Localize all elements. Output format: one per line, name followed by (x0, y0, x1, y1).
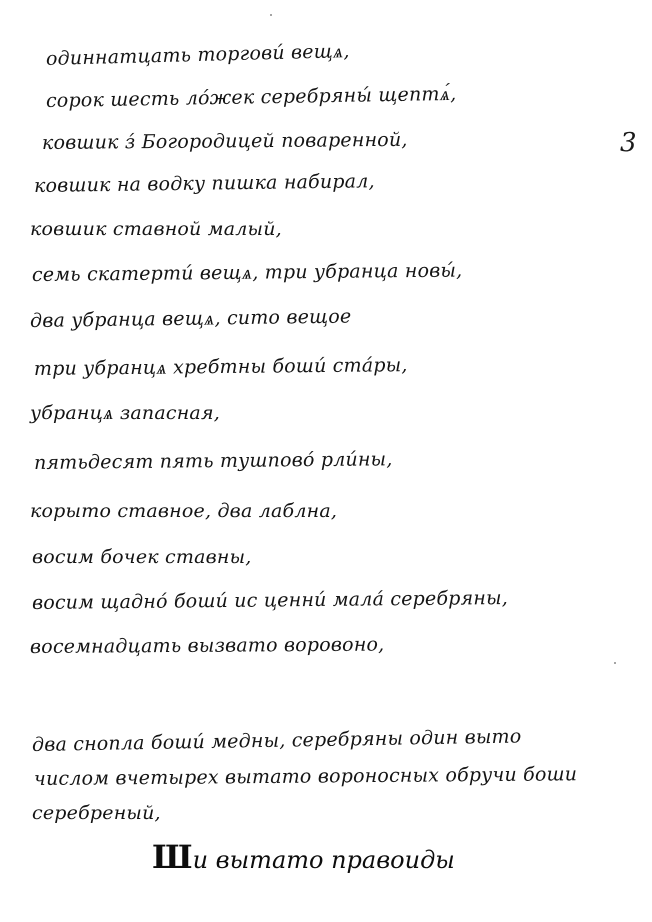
manuscript-line-12: восим бочек ставны, (32, 546, 252, 568)
manuscript-line-6: семь скатерти́ вещѧ, три убранца новы́, (32, 259, 463, 287)
manuscript-line-4: ковшик на водку пишка набирал, (34, 170, 375, 197)
manuscript-line-9: убранцѧ запасная, (30, 402, 220, 425)
title-text: и вытато правоиды (193, 846, 455, 874)
manuscript-line-7: два убранца вещѧ, сито вещое (30, 306, 352, 333)
manuscript-line-17: серебреный, (32, 802, 161, 824)
paper-speck (270, 14, 272, 16)
manuscript-line-15: два снопла боши́ медны, серебряны один в… (32, 725, 522, 756)
closing-title: Ши вытато правоиды (152, 838, 455, 876)
title-initial-letter: Ш (152, 838, 191, 876)
manuscript-line-3: ковшик з́ Богородицей поваренной, (42, 129, 408, 154)
manuscript-line-2: сорок шесть ло́жек серебряны́ щептѧ́, (46, 83, 457, 113)
folio-number: 3 (620, 128, 637, 158)
manuscript-line-8: три убранцѧ хребтны боши́ ста́ры, (34, 354, 408, 381)
manuscript-line-13: восим щадно́ боши́ ис ценни́ мала́ сереб… (32, 587, 508, 614)
manuscript-page: одиннатцать торгови́ вещѧ, сорок шесть л… (0, 0, 652, 922)
manuscript-line-1: одиннатцать торгови́ вещѧ, (46, 40, 350, 71)
manuscript-line-11: корыто ставное, два лаблна, (30, 500, 337, 522)
paper-speck (614, 662, 616, 664)
manuscript-line-5: ковшик ставной малый, (30, 218, 282, 240)
manuscript-line-10: пятьдесят пять тушпово́ рли́ны, (34, 448, 393, 474)
manuscript-line-16: числом вчетырех вытато вороносных обручи… (34, 763, 577, 790)
manuscript-line-14: восемнадцать вызвато воровоно, (30, 634, 385, 658)
